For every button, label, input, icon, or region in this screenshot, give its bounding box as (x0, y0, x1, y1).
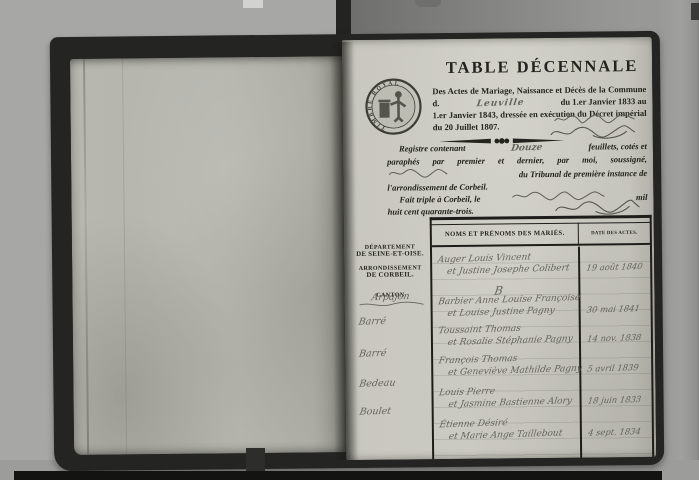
table-row: Toussaint Thomas et Rosalie Stéphanie Pa… (436, 319, 651, 348)
act-date: 14 nov. 1838 (586, 331, 650, 343)
book-gutter-shadow (330, 42, 358, 460)
margin-arrondissement: DE CORBEIL. (354, 263, 426, 282)
table-decennale-page: TABLE DÉCENNALE TIMBRE ROYAL Des Actes d… (342, 37, 656, 460)
act-date: 4 sept. 1834 (587, 425, 651, 437)
commune-prefix: d. (432, 98, 439, 110)
intro-line-2-suffix: du 1.er Janvier 1833 au (561, 96, 647, 108)
table-row: François Thomas et Geneviève Mathilde Pa… (436, 349, 651, 378)
blank-left-page (70, 56, 346, 455)
table-row: Louis Pierre et Jasmine Bastienne Alory … (437, 381, 652, 410)
table-body: Auger Louis Vincent et Justine Josephe C… (432, 245, 652, 459)
margin-surname: Boulet (355, 404, 433, 417)
register-book: TABLE DÉCENNALE TIMBRE ROYAL Des Actes d… (50, 31, 665, 471)
act-date: 30 mai 1841 (586, 302, 650, 314)
table-row: Étienne Désiré et Marie Ange Taillebout … (437, 413, 652, 442)
registre-line-3b: du Tribunal de première instance de (519, 168, 647, 181)
handwritten-name-squiggle (387, 167, 449, 179)
feuillets-count-handwritten: Douze (511, 143, 544, 156)
scanner-edge-strip (14, 471, 662, 480)
registre-line-1a: Registre contenant (399, 143, 466, 155)
table-header-row: NOMS ET PRÉNOMS DES MARIÉS. DATE DES ACT… (432, 222, 650, 247)
scan-artifact (691, 3, 699, 20)
fait-line-1a: Fait triple à Corbeil, le (399, 194, 480, 206)
registre-paragraph: Registre contenant Douze feuillets, coté… (387, 141, 648, 194)
act-date: 19 août 1840 (586, 260, 650, 272)
act-date: 18 juin 1833 (587, 393, 651, 405)
table-row: Barbier Anne Louise Françoise et Louise … (436, 290, 651, 319)
archive-scan: TABLE DÉCENNALE TIMBRE ROYAL Des Actes d… (0, 0, 699, 480)
act-date: 5 avril 1839 (587, 361, 651, 373)
registre-line-1b: feuillets, cotés et (588, 141, 647, 153)
arrondissement-value: DE CORBEIL. (366, 271, 414, 278)
marriage-index-table: NOMS ET PRÉNOMS DES MARIÉS. DATE DES ACT… (430, 215, 655, 459)
margin-surname: Barré (354, 314, 432, 327)
column-header-dates: DATE DES ACTES. (585, 224, 643, 242)
registre-line-3: du Tribunal de première instance de (387, 165, 647, 182)
flourish-underline (359, 301, 425, 308)
table-row: Auger Louis Vincent et Justine Josephe C… (435, 248, 650, 277)
margin-surname: Barré (354, 346, 432, 359)
margin-surname: Bedeau (354, 376, 432, 389)
timbre-royal-stamp-icon: TIMBRE ROYAL (364, 77, 423, 136)
scan-artifact (243, 0, 263, 8)
column-header-names: NOMS ET PRÉNOMS DES MARIÉS. (432, 223, 579, 246)
scan-artifact (415, 0, 441, 7)
commune-name-handwritten: Leuville (475, 97, 525, 110)
page-title: TABLE DÉCENNALE (437, 56, 647, 78)
